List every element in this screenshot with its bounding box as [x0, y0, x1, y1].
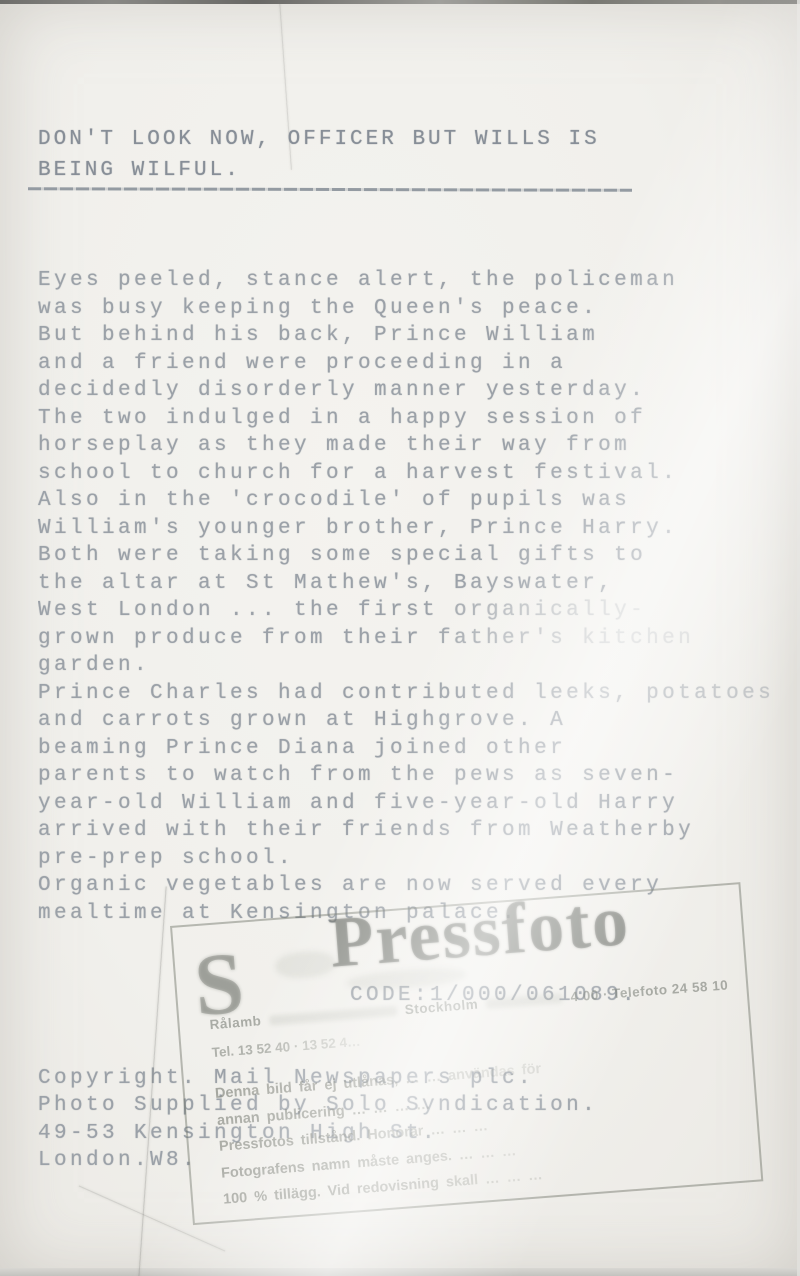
caption-line: and a friend were proceeding in a — [38, 350, 774, 378]
caption-line: West London ... the first organically- — [38, 597, 774, 625]
paper-edge-top — [0, 0, 800, 4]
caption-line: But behind his back, Prince William — [38, 322, 774, 350]
caption-line: The two indulged in a happy session of — [38, 405, 774, 433]
caption-line: Both were taking some special gifts to — [38, 542, 774, 570]
stamp-terms: Denna bild får ej utlånas, … … användas … — [214, 1041, 747, 1213]
headline-line-2: BEING WILFUL. — [38, 155, 600, 186]
stamp-address-street: Rålamb — [209, 1013, 262, 1032]
body-lines: Eyes peeled, stance alert, the policeman… — [38, 267, 774, 927]
stamp-ink-smudge — [274, 949, 336, 980]
caption-line: William's younger brother, Prince Harry. — [38, 515, 774, 543]
caption-line: year-old William and five-year-old Harry — [38, 790, 774, 818]
caption-line: garden. — [38, 652, 774, 680]
caption-line: school to church for a harvest festival. — [38, 460, 774, 488]
caption-line: grown produce from their father's kitche… — [38, 625, 774, 653]
stamp-faded-text — [269, 1005, 397, 1025]
caption-line: parents to watch from the pews as seven- — [38, 762, 774, 790]
headline-line-1: DON'T LOOK NOW, OFFICER BUT WILLS IS — [38, 124, 600, 155]
pressfoto-agency-stamp: S Pressfoto Rålamb Stockholm 4 00 · Tele… — [170, 882, 763, 1225]
caption-line: arrived with their friends from Weatherb… — [38, 817, 774, 845]
caption-line: and carrots grown at Highgrove. A — [38, 707, 774, 735]
stamp-address-city: Stockholm — [404, 997, 478, 1018]
stamp-address-line: Rålamb Stockholm 4 00 · Telefoto 24 58 1… — [209, 977, 729, 1032]
caption-headline: DON'T LOOK NOW, OFFICER BUT WILLS IS BEI… — [38, 124, 600, 186]
caption-line: was busy keeping the Queen's peace. — [38, 295, 774, 323]
caption-line: Eyes peeled, stance alert, the policeman — [38, 267, 774, 295]
stamp-faded-text — [486, 993, 563, 1009]
caption-line: horseplay as they made their way from — [38, 432, 774, 460]
caption-line: pre-prep school. — [38, 845, 774, 873]
stamp-phone-line: Tel. 13 52 40 · 13 52 4… — [211, 1034, 361, 1060]
caption-line: Also in the 'crocodile' of pupils was — [38, 487, 774, 515]
caption-line: the altar at St Mathew's, Bayswater, — [38, 570, 774, 598]
caption-line: decidedly disorderly manner yesterday. — [38, 377, 774, 405]
headline-underline — [28, 187, 632, 192]
stamp-telefoto-number: 4 00 · Telefoto 24 58 10 — [570, 977, 729, 1004]
paper-edge-bottom — [0, 1268, 800, 1276]
caption-line: Prince Charles had contributed leeks, po… — [38, 680, 774, 708]
press-photo-back: DON'T LOOK NOW, OFFICER BUT WILLS IS BEI… — [0, 0, 800, 1276]
caption-line: beaming Prince Diana joined other — [38, 735, 774, 763]
